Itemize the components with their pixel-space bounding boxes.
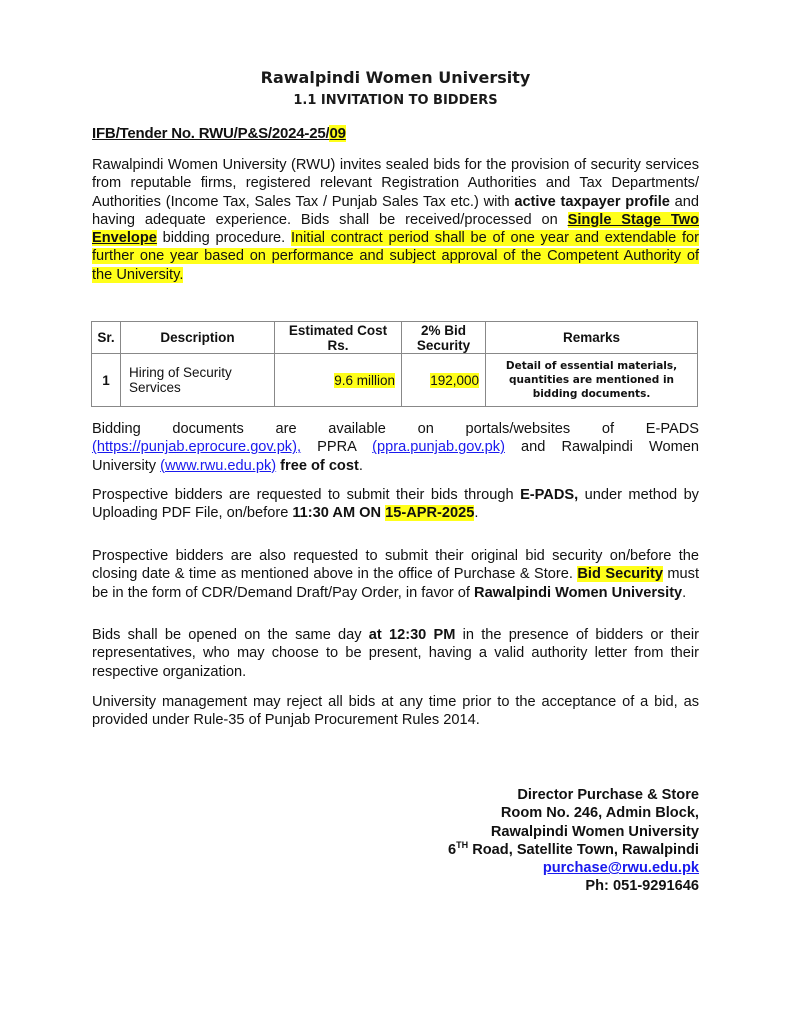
table-header-row: Sr. Description Estimated Cost Rs. 2% Bi…: [92, 322, 698, 354]
taxpayer-profile-text: active taxpayer profile: [514, 194, 670, 210]
header-bid-security: 2% Bid Security: [402, 322, 486, 354]
ppra-link[interactable]: (ppra.punjab.gov.pk): [372, 439, 505, 455]
header-sr: Sr.: [92, 322, 121, 354]
road-rest: Road, Satellite Town, Rawalpindi: [468, 842, 699, 858]
document-page: Rawalpindi Women University 1.1 INVITATI…: [0, 0, 791, 1024]
rwu-link[interactable]: (www.rwu.edu.pk): [160, 458, 276, 474]
availability-text: .: [359, 458, 363, 474]
estimated-cost-value: 9.6 million: [334, 373, 395, 388]
signature-institution: Rawalpindi Women University: [448, 823, 699, 841]
rejection-paragraph: University management may reject all bid…: [92, 693, 699, 730]
epads-text: E-PADS,: [520, 487, 578, 503]
submission-text: Prospective bidders are requested to sub…: [92, 487, 520, 503]
cell-estimated-cost: 9.6 million: [275, 354, 402, 407]
submission-paragraph: Prospective bidders are requested to sub…: [92, 486, 699, 523]
cell-sr: 1: [92, 354, 121, 407]
bid-security-highlight: Bid Security: [577, 566, 663, 582]
institution-title: Rawalpindi Women University: [0, 68, 791, 87]
availability-paragraph: Bidding documents are available on porta…: [92, 420, 699, 475]
signature-address: 6TH Road, Satellite Town, Rawalpindi: [448, 841, 699, 859]
signature-block: Director Purchase & Store Room No. 246, …: [448, 786, 699, 896]
availability-text: Bidding documents are available on porta…: [92, 421, 699, 437]
bid-security-paragraph: Prospective bidders are also requested t…: [92, 547, 699, 602]
table-row: 1 Hiring of Security Services 9.6 millio…: [92, 354, 698, 407]
cell-remarks: Detail of essential materials, quantitie…: [486, 354, 698, 407]
submission-text: .: [474, 505, 478, 521]
free-of-cost-text: free of cost: [276, 458, 359, 474]
opening-time: at 12:30 PM: [369, 627, 456, 643]
signature-designation: Director Purchase & Store: [448, 786, 699, 804]
availability-text: PPRA: [301, 439, 372, 455]
road-suffix: TH: [456, 840, 468, 850]
section-title: 1.1 INVITATION TO BIDDERS: [0, 93, 791, 108]
deadline-date: 15-APR-2025: [385, 505, 474, 521]
opening-paragraph: Bids shall be opened on the same day at …: [92, 626, 699, 681]
signature-room: Room No. 246, Admin Block,: [448, 804, 699, 822]
bid-security-value: 192,000: [430, 373, 479, 388]
tender-number: IFB/Tender No. RWU/P&S/2024-25/09: [92, 125, 346, 142]
header-estimated-cost: Estimated Cost Rs.: [275, 322, 402, 354]
deadline-time: 11:30 AM ON: [292, 505, 385, 521]
intro-text: bidding procedure.: [157, 230, 291, 246]
epads-link[interactable]: (https://punjab.eprocure.gov.pk),: [92, 439, 301, 455]
signature-phone: Ph: 051-9291646: [448, 877, 699, 895]
road-number: 6: [448, 842, 456, 858]
opening-text: Bids shall be opened on the same day: [92, 627, 369, 643]
header-description: Description: [121, 322, 275, 354]
bid-security-text: .: [682, 585, 686, 601]
tender-prefix: IFB/Tender No. RWU/P&S/2024-25/: [92, 125, 329, 142]
email-link[interactable]: purchase@rwu.edu.pk: [543, 860, 699, 876]
tender-suffix: 09: [329, 125, 345, 142]
payee-name: Rawalpindi Women University: [474, 585, 682, 601]
intro-paragraph: Rawalpindi Women University (RWU) invite…: [92, 156, 699, 284]
cell-description: Hiring of Security Services: [121, 354, 275, 407]
header-remarks: Remarks: [486, 322, 698, 354]
cell-bid-security: 192,000: [402, 354, 486, 407]
tender-table: Sr. Description Estimated Cost Rs. 2% Bi…: [91, 321, 698, 407]
